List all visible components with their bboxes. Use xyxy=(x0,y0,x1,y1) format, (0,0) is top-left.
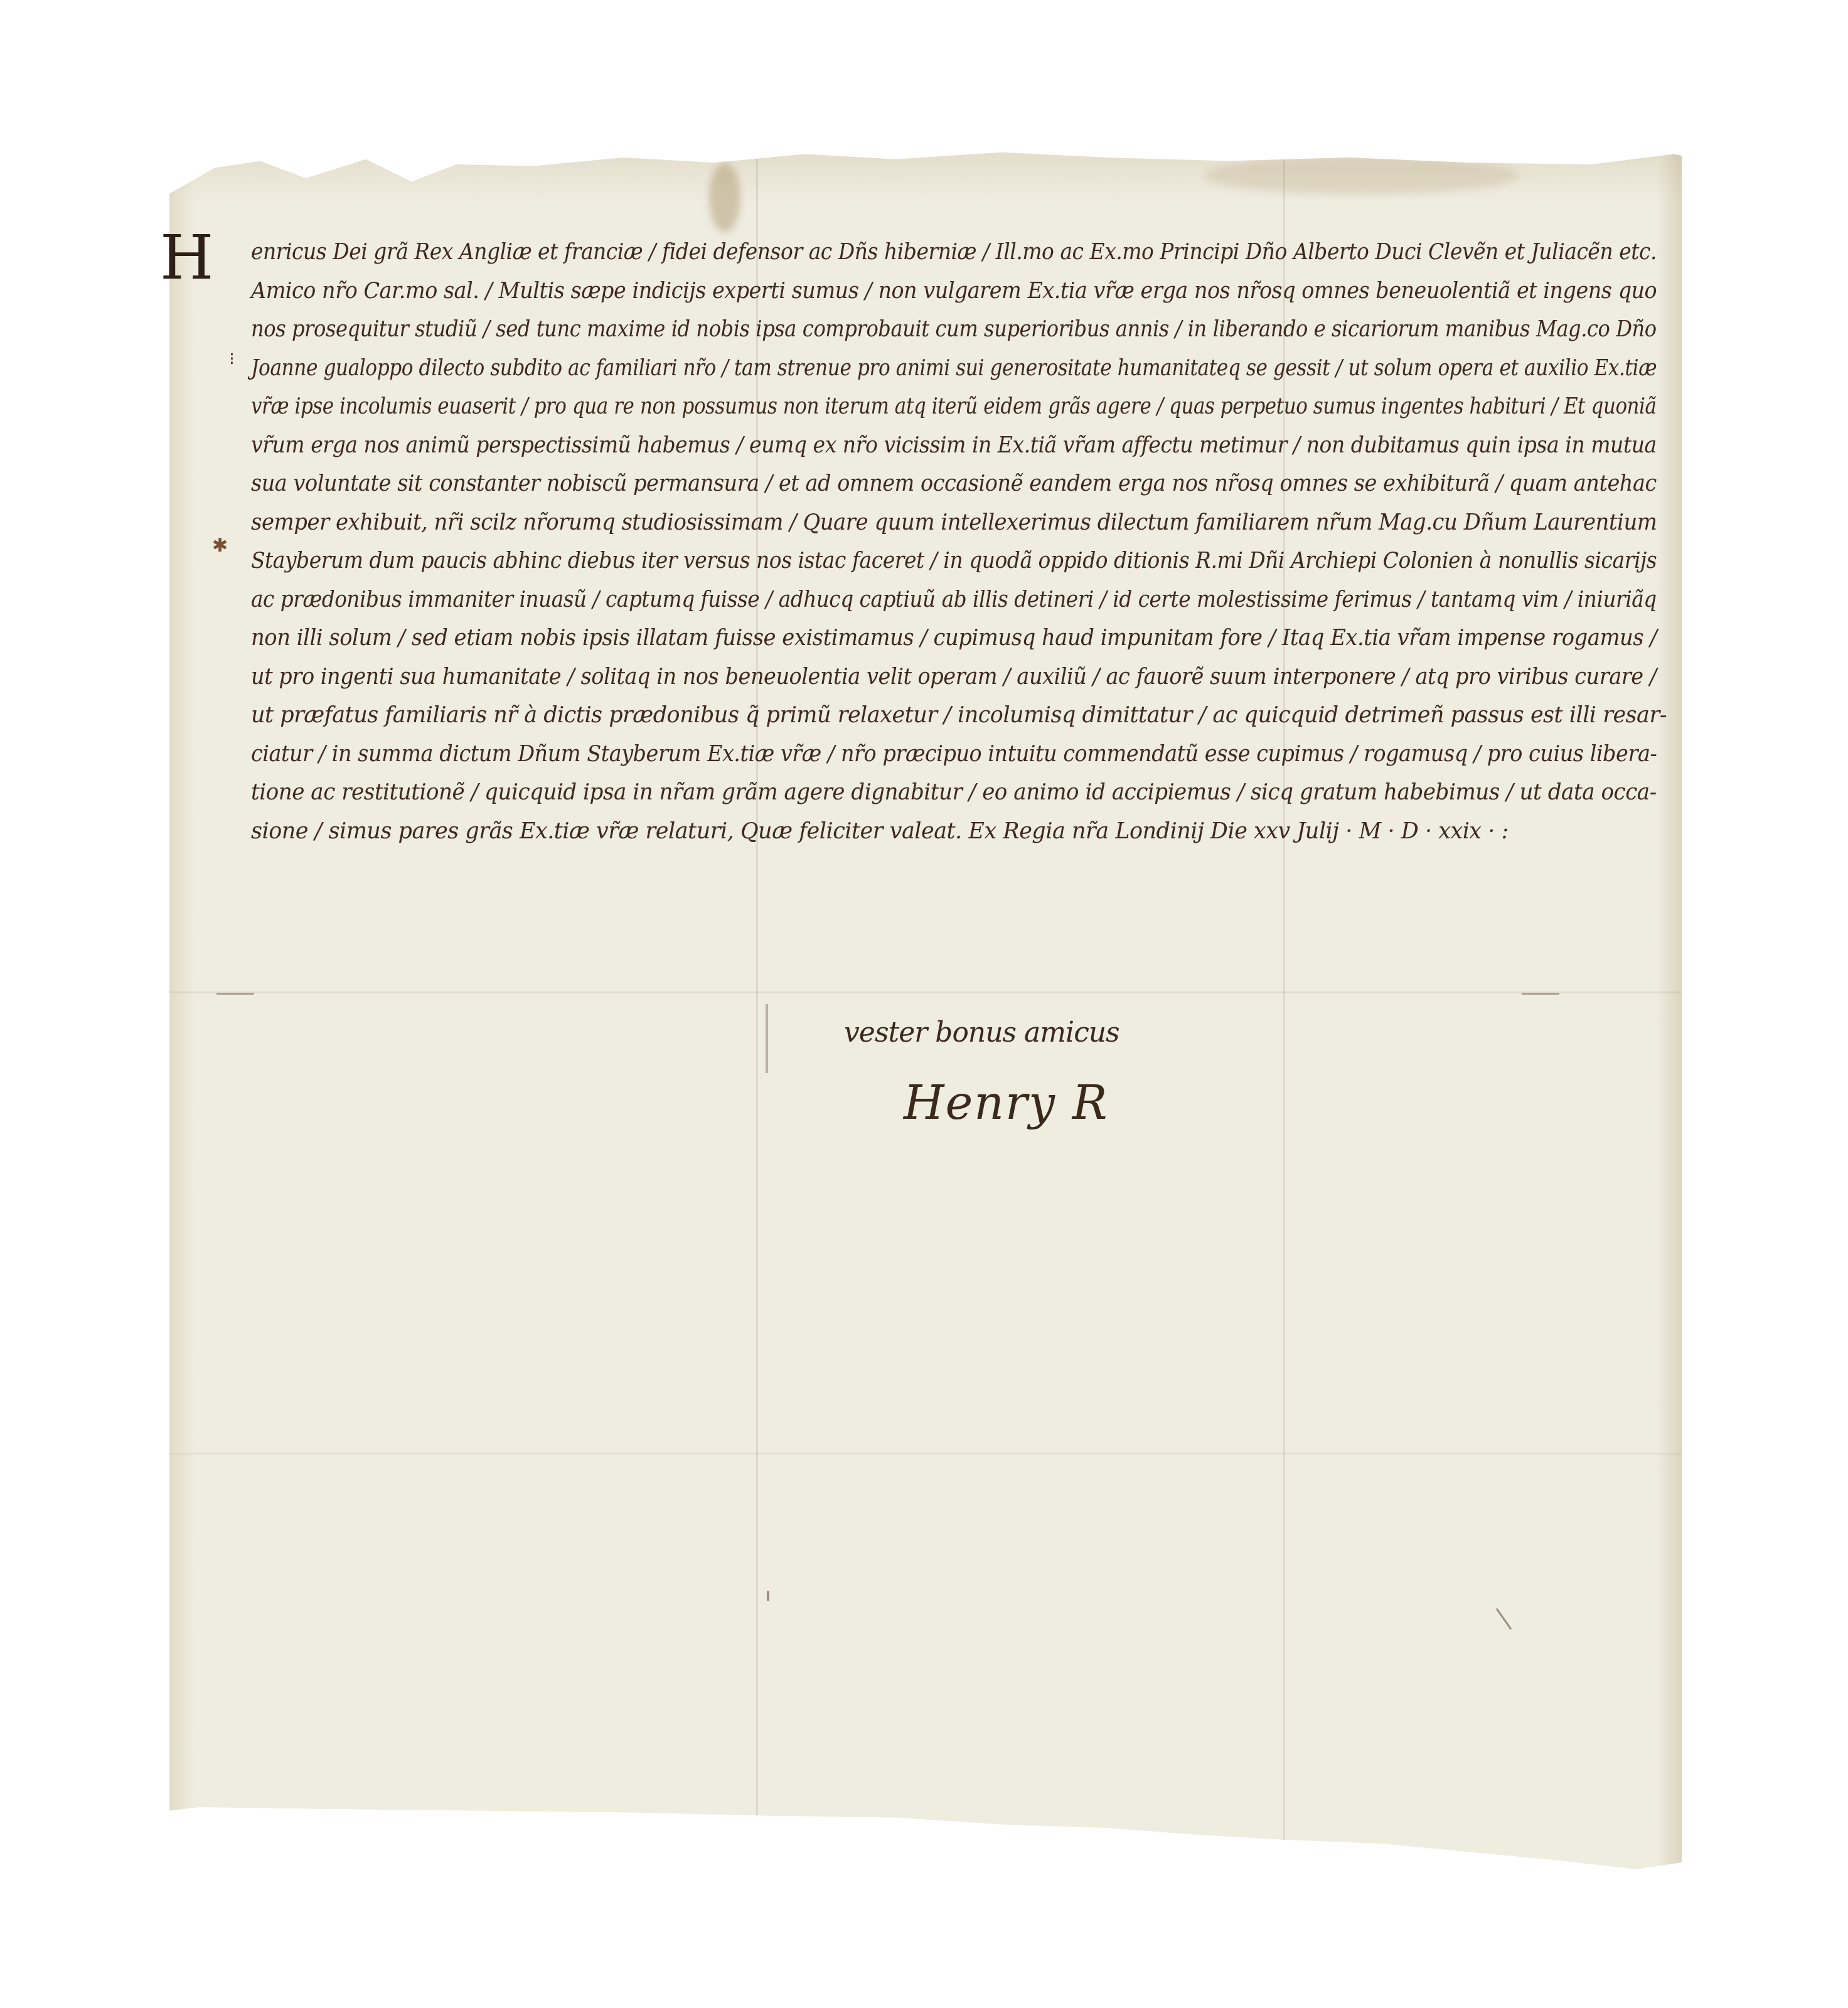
fold-line-horizontal-middle xyxy=(169,991,1682,993)
subscription: vester bonus amicus xyxy=(844,1017,1119,1049)
fold-ink-dot xyxy=(767,1591,769,1601)
fold-ink-mark xyxy=(766,1004,768,1073)
text-line-13: ut præfatus familiaris nr̃ à dictis præd… xyxy=(251,697,1657,735)
text-line-12: ut pro ingenti sua humanitate / solitaq … xyxy=(251,658,1599,697)
text-line-10: ac prædonibus immaniter inuasũ / captumq… xyxy=(251,581,1564,620)
letter-body: enricus Dei grã Rex Angliæ et franciæ / … xyxy=(251,233,1657,851)
text-line-4: Joanne gualoppo dilecto subdito ac famil… xyxy=(251,350,1505,388)
paper-stain xyxy=(709,163,740,232)
text-line-9: Stayberum dum paucis abhinc diebus iter … xyxy=(251,542,1573,581)
text-line-14: ciatur / in summa dictum Dñum Stayberum … xyxy=(251,735,1596,774)
text-line-7: sua voluntate sit constanter nobiscũ per… xyxy=(251,465,1597,504)
margin-dash-left xyxy=(216,993,254,995)
text-line-1: enricus Dei grã Rex Angliæ et franciæ / … xyxy=(251,233,1574,272)
illuminated-initial: H xyxy=(160,227,213,289)
margin-dash-right xyxy=(1522,993,1559,995)
text-line-2: Amico nr̃o Car.mo sal. / Multis sæpe ind… xyxy=(251,272,1593,311)
text-line-16: sione / simus pares grãs Ex.tiæ vr̃æ rel… xyxy=(251,813,1657,852)
text-line-15: tione ac restitutionẽ / quicquid ipsa in… xyxy=(251,774,1623,813)
text-line-11: non illi solum / sed etiam nobis ipsis i… xyxy=(251,619,1610,658)
text-line-5: vr̃æ ipse incolumis euaserit / pro qua r… xyxy=(251,388,1495,427)
text-line-6: vr̃um erga nos animũ perspectissimũ habe… xyxy=(251,427,1578,466)
text-line-3: nos prosequitur studiũ / sed tunc maxime… xyxy=(251,311,1543,350)
royal-signature: Henry R xyxy=(904,1076,1108,1130)
margin-mark-line3: ⁝ xyxy=(229,348,235,369)
fold-line-horizontal-lower xyxy=(169,1453,1682,1455)
text-line-8: semper exhibuit, nr̃i scilz nr̃orumq stu… xyxy=(251,504,1613,543)
paper-stain-top xyxy=(1205,157,1519,195)
margin-ink-blot: ✱ xyxy=(212,535,228,557)
